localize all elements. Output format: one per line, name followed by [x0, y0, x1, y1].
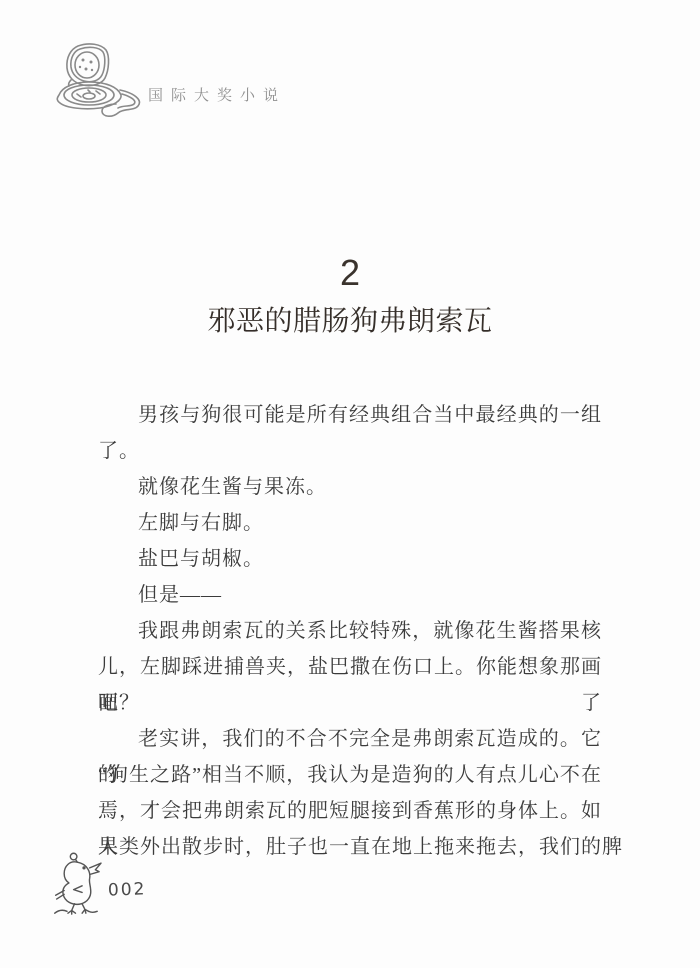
body-line: 左脚与右脚。	[98, 505, 602, 541]
body-line: “狗生之路”相当不顺，我认为是造狗的人有点儿心不在	[98, 757, 602, 793]
body-line: 焉，才会把弗朗索瓦的肥短腿接到香蕉形的身体上。如果	[98, 793, 602, 829]
body-line: 我跟弗朗索瓦的关系比较特殊，就像花生酱搭果核	[98, 613, 602, 649]
body-line: 人类外出散步时，肚子也一直在地上拖来拖去，我们的脾	[98, 829, 602, 865]
body-line: 了。	[98, 433, 602, 469]
chapter-number: 2	[98, 252, 602, 294]
open-compass-sketch-icon	[44, 40, 146, 124]
book-page: 国际大奖小说 2 邪恶的腊肠狗弗朗索瓦 男孩与狗很可能是所有经典组合当中最经典的…	[0, 0, 700, 968]
body-line: 但是——	[98, 577, 602, 613]
page-number: 002	[108, 879, 147, 900]
body-line: 就像花生酱与果冻。	[98, 469, 602, 505]
brand-series-label: 国际大奖小说	[148, 84, 286, 105]
chapter-title: 邪恶的腊肠狗弗朗索瓦	[98, 299, 602, 339]
body-line: 盐巴与胡椒。	[98, 541, 602, 577]
body-text: 男孩与狗很可能是所有经典组合当中最经典的一组了。就像花生酱与果冻。左脚与右脚。盐…	[98, 397, 602, 865]
body-line: 儿，左脚踩进捕兽夹，盐巴撒在伤口上。你能想象那画面了	[98, 649, 602, 685]
body-line: 男孩与狗很可能是所有经典组合当中最经典的一组	[98, 397, 602, 433]
body-line: 老实讲，我们的不合不完全是弗朗索瓦造成的。它的	[98, 721, 602, 757]
